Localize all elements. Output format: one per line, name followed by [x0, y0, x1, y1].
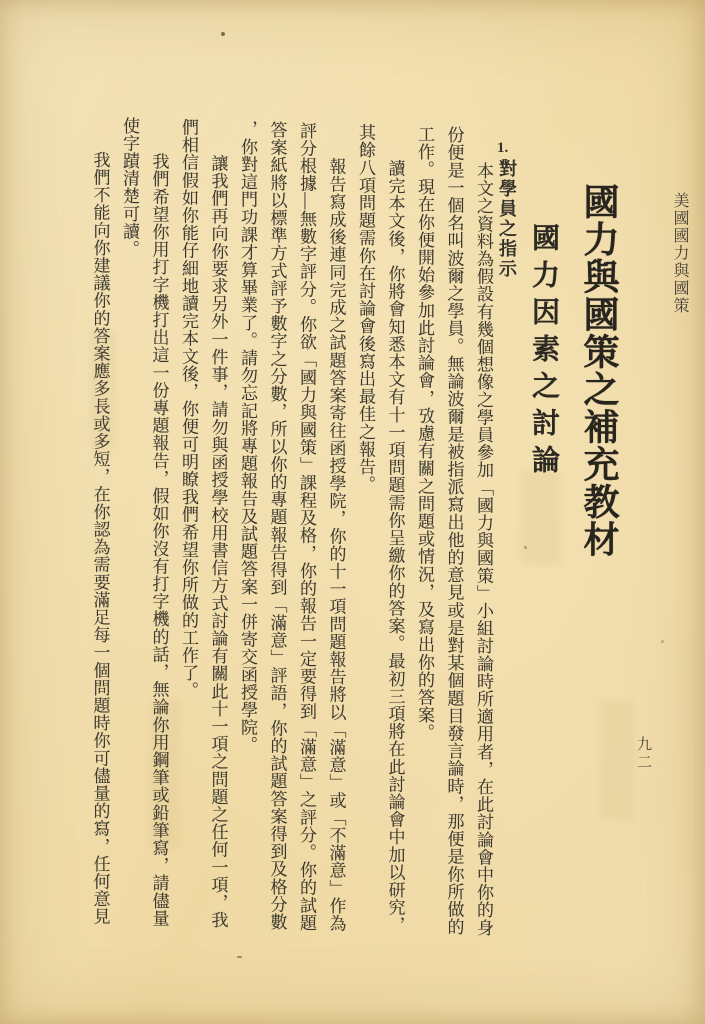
paper-speck: [221, 32, 225, 36]
document-title: 國力與國策之補充教材: [574, 183, 625, 558]
body-column: 讀完本文後，你將會知悉本文有十一項問題需你呈繳你的答案。最初三項將在此討論會中加…: [380, 124, 410, 938]
show-through-stain: [600, 700, 634, 820]
body-column: 工作。現在你便開始參加此討論會，攷慮有關之問題或情況，及寫出你的答案。: [410, 125, 440, 939]
body-column: 我們希望你用打字機打出這一份專題報告，假如你沒有打字機的話，無論你用鋼筆或鉛筆寫…: [144, 118, 174, 932]
body-column: 評分根據—無數字評分。你欲「國力與國策」課程及格，你的報告一定要得到「滿意」之評…: [292, 122, 322, 936]
section-number: 1.: [497, 140, 508, 157]
body-column: 報告寫成後連同完成之試題答案寄往函授學院，你的十一項問題報告將以「滿意」或「不滿…: [321, 123, 351, 937]
running-head: 美國國力與國策: [668, 192, 691, 315]
body-column: 我們不能向你建議你的答案應多長或多短，在你認為需要滿足每一個問題時你可儘量的寫，…: [85, 116, 115, 930]
body-text: 本文之資料為假設有幾個想像之學員參加「國力與國策」小組討論時所適用者，在此討論會…: [85, 127, 498, 941]
body-column: 讓我們再向你要求另外一件事，請勿與函授學校用書信方式討論有關此十一項之問題之任何…: [203, 119, 233, 933]
body-column: 使字蹟清楚可讀。: [115, 117, 145, 931]
paper-speck: [237, 956, 242, 958]
document-subtitle: 國力因素之討論: [523, 223, 563, 482]
page-number: 九二: [633, 736, 654, 772]
paper-speck: [524, 546, 527, 549]
show-through-stain: [520, 470, 560, 565]
body-column: 答案紙將以標準方式評予數字之分數，所以你的專題報告得到「滿意」評語，你的試題答案…: [262, 121, 292, 935]
document-page: 美國國力與國策 九二 國力與國策之補充教材 國力因素之討論 1. 對學員之指示 …: [0, 0, 705, 1024]
paper-speck: [661, 640, 664, 643]
body-column: 份便是一個名叫波爾之學員。無論波爾是被指派寫出他的意見或是對某個題目發言論時，那…: [439, 126, 469, 940]
body-column: ，你對這門功課才算畢業了。請勿忘記將專題報告及試題答案一併寄交函授學院。: [233, 120, 263, 934]
body-column: 其餘八項問題需你在討論會後寫出最佳之報告。: [351, 124, 381, 938]
body-column: 本文之資料為假設有幾個想像之學員參加「國力與國策」小組討論時所適用者，在此討論會…: [469, 127, 499, 941]
body-column: 們相信假如你能仔細地讀完本文後，你便可明瞭我們希望你所做的工作了。: [174, 119, 204, 933]
